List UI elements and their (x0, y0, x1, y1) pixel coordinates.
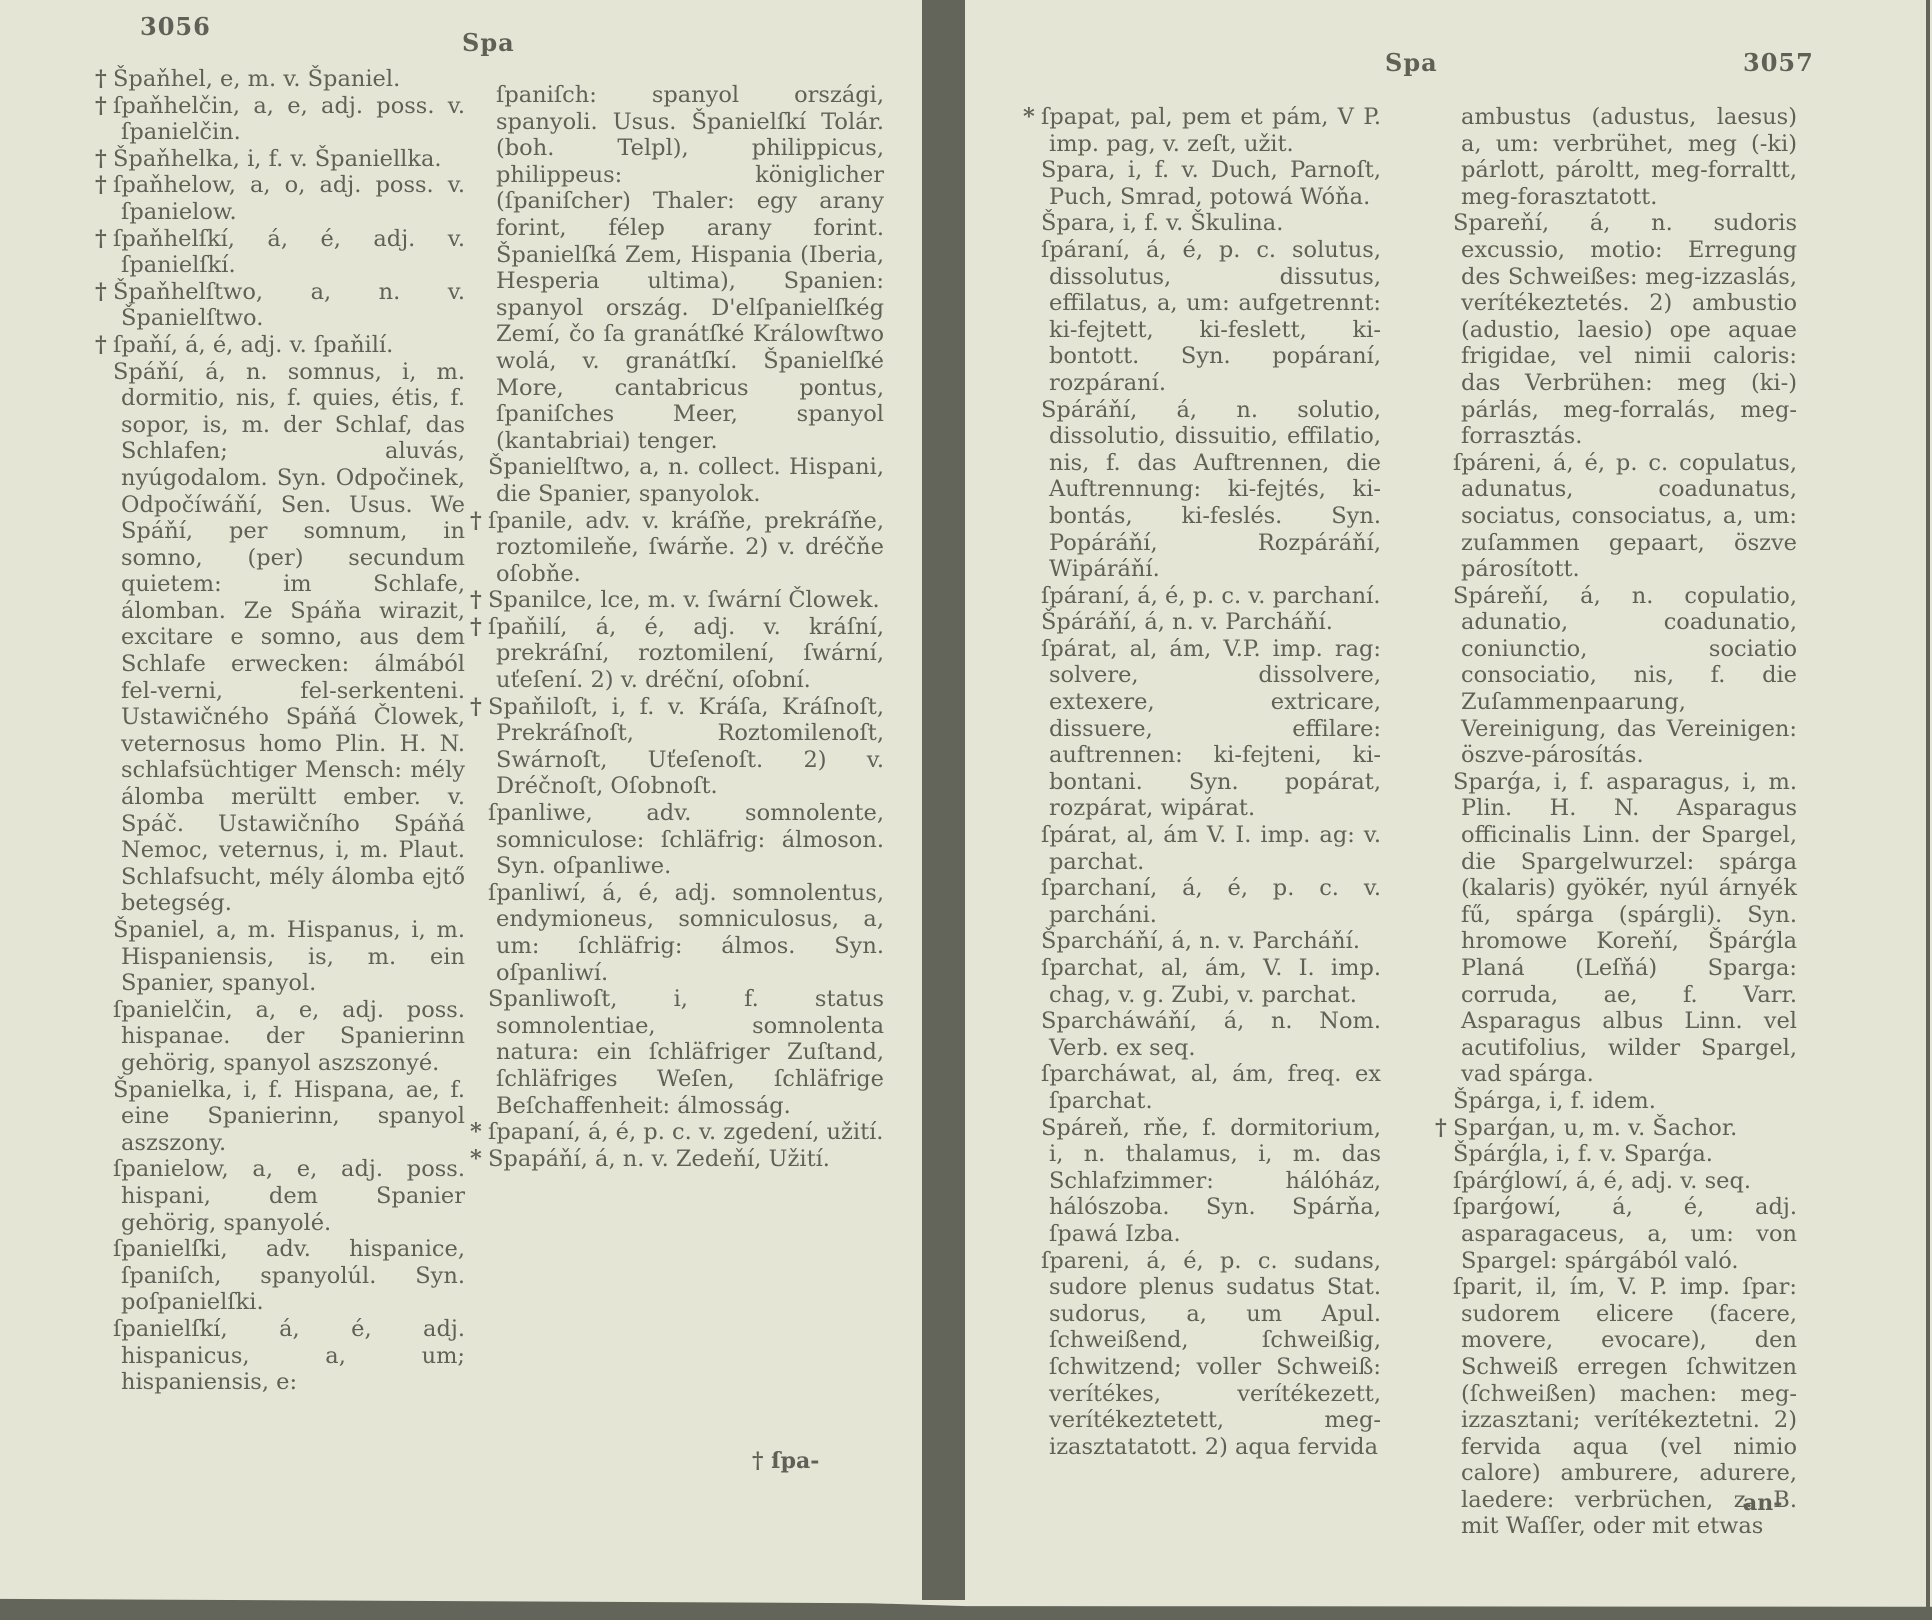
scanned-dictionary-spread: 3056 Spa †Špaňhel, e, m. v. Španiel.†ſpa… (0, 0, 1932, 1620)
entry-text: Sparǵan, u, m. v. Šachor. (1453, 1115, 1737, 1141)
entry-text: ſparchaní, á, é, p. c. v. parcháni. (1041, 875, 1381, 928)
running-head-right: Spa (1385, 48, 1438, 77)
entry-text: Spareňí, á, n. sudoris excussio, motio: … (1453, 210, 1797, 449)
dictionary-entry: †ſpaňhelow, a, o, adj. poss. v. ſpanielo… (95, 172, 465, 225)
entry-text: ſpaniſch: spanyol országi, spanyoli. Usu… (496, 82, 884, 454)
dagger-mark-icon: † (95, 172, 113, 199)
dictionary-entry: Spareňí, á, n. sudoris excussio, motio: … (1435, 210, 1797, 449)
dagger-mark-icon: † (95, 279, 113, 306)
dictionary-entry: ſpareni, á, é, p. c. sudans, sudore plen… (1023, 1248, 1381, 1461)
entry-text: ſpárat, al, ám, V.P. imp. rag: solvere, … (1041, 636, 1381, 822)
asterisk-mark-icon: * (470, 1146, 488, 1173)
entry-text: ſparǵowí, á, é, adj. asparagaceus, a, um… (1453, 1194, 1797, 1273)
dictionary-entry: †Špaňhelka, i, f. v. Španiellka. (95, 146, 465, 173)
page-number-right: 3057 (1743, 48, 1814, 77)
entry-text: ſparchat, al, ám, V. I. imp. chag, v. g.… (1041, 955, 1381, 1008)
dictionary-entry: ſpáreni, á, é, p. c. copulatus, adunatus… (1435, 450, 1797, 583)
entry-text: Španielſtwo, a, n. collect. Hispani, die… (488, 454, 884, 507)
dagger-mark-icon: † (95, 66, 113, 93)
dictionary-entry: ſpanliwe, adv. somnolente, somniculose: … (470, 800, 884, 880)
dictionary-entry: †Sparǵan, u, m. v. Šachor. (1435, 1115, 1797, 1142)
right-page-column-1: *ſpapat, pal, pem et pám, V P. imp. pag,… (1023, 104, 1381, 1460)
dagger-mark-icon: † (95, 93, 113, 120)
dictionary-entry: Spáňí, á, n. somnus, i, m. dormitio, nis… (95, 359, 465, 917)
dictionary-entry: ſpáraní, á, é, p. c. v. parchaní. (1023, 583, 1381, 610)
dictionary-entry: ſpanielſkí, á, é, adj. hispanicus, a, um… (95, 1316, 465, 1396)
dictionary-entry: †ſpaňhelčin, a, e, adj. poss. v. ſpaniel… (95, 93, 465, 146)
dictionary-entry: †Špaňhel, e, m. v. Španiel. (95, 66, 465, 93)
dictionary-entry: †ſpanile, adv. v. kráſňe, prekráſňe, roz… (470, 508, 884, 588)
entry-text: Šparcháňí, á, n. v. Parcháňí. (1041, 928, 1360, 954)
page-number-left: 3056 (140, 12, 211, 41)
entry-text: Špaňhel, e, m. v. Španiel. (113, 66, 400, 92)
right-page-column-2: ambustus (adustus, laesus) a, um: verbrü… (1435, 104, 1797, 1540)
entry-text: ſpáraní, á, é, p. c. solutus, dissolutus… (1041, 237, 1381, 396)
running-head-left: Spa (462, 28, 515, 57)
dictionary-entry: Spara, i, f. v. Duch, Parnoſt, Puch, Smr… (1023, 157, 1381, 210)
dictionary-entry: †Špaňhelſtwo, a, n. v. Španielſtwo. (95, 279, 465, 332)
dictionary-entry: ambustus (adustus, laesus) a, um: verbrü… (1435, 104, 1797, 210)
entry-text: Špaňhelka, i, f. v. Španiellka. (113, 146, 442, 172)
dictionary-entry: Špara, i, f. v. Škulina. (1023, 210, 1381, 237)
dictionary-entry: ſpaniſch: spanyol országi, spanyoli. Usu… (470, 82, 884, 454)
right-page: Spa 3057 *ſpapat, pal, pem et pám, V P. … (965, 0, 1928, 1600)
entry-text: Spanliwoſt, i, f. status somnolentiae, s… (488, 986, 884, 1118)
entry-text: Špáráňí, á, n. v. Parcháňí. (1041, 609, 1333, 635)
entry-text: Spanilce, lce, m. v. ſwární Člowek. (488, 587, 880, 613)
dagger-mark-icon: † (470, 614, 488, 641)
dictionary-entry: Spáreň, rňe, f. dormitorium, i, n. thala… (1023, 1115, 1381, 1248)
entry-text: ſpanielſki, adv. hispanice, ſpaniſch, sp… (113, 1236, 465, 1315)
dictionary-entry: Spanliwoſt, i, f. status somnolentiae, s… (470, 986, 884, 1119)
dictionary-entry: Špárǵla, i, f. v. Sparǵa. (1435, 1141, 1797, 1168)
dagger-mark-icon: † (95, 332, 113, 359)
book-gutter-shadow (922, 0, 970, 1600)
dictionary-entry: Španiel, a, m. Hispanus, i, m. Hispanien… (95, 917, 465, 997)
entry-text: ſpaňhelſkí, á, é, adj. v. ſpanielſkí. (113, 226, 465, 279)
dictionary-entry: Špáráňí, á, n. v. Parcháňí. (1023, 609, 1381, 636)
entry-text: ſpareni, á, é, p. c. sudans, sudore plen… (1041, 1248, 1381, 1460)
dictionary-entry: ſparǵowí, á, é, adj. asparagaceus, a, um… (1435, 1194, 1797, 1274)
entry-text: ſpaňhelčin, a, e, adj. poss. v. ſpanielč… (113, 93, 465, 146)
dictionary-entry: ſpanielow, a, e, adj. poss. hispani, dem… (95, 1156, 465, 1236)
entry-text: ſpáreni, á, é, p. c. copulatus, adunatus… (1453, 450, 1797, 582)
entry-text: ſpaňilí, á, é, adj. v. kráſní, prekráſní… (488, 614, 884, 693)
dictionary-entry: †ſpaňilí, á, é, adj. v. kráſní, prekráſn… (470, 614, 884, 694)
dictionary-entry: ſparchaní, á, é, p. c. v. parcháni. (1023, 875, 1381, 928)
dictionary-entry: Sparcháwáňí, á, n. Nom. Verb. ex seq. (1023, 1008, 1381, 1061)
entry-text: ſpapaní, á, é, p. c. v. zgedení, užití. (488, 1119, 883, 1145)
dictionary-entry: ſpanielčin, a, e, adj. poss. hispanae. d… (95, 997, 465, 1077)
dictionary-entry: †ſpaňí, á, é, adj. v. ſpaňilí. (95, 332, 465, 359)
catchword-right: an- (1743, 1490, 1782, 1516)
entry-text: Spapáňí, á, n. v. Zedeňí, Užití. (488, 1146, 830, 1172)
entry-text: Spáreňí, á, n. copulatio, adunatio, coad… (1453, 583, 1797, 769)
dictionary-entry: ſparcháwat, al, ám, freq. ex ſparchat. (1023, 1061, 1381, 1114)
entry-text: ſpanielſkí, á, é, adj. hispanicus, a, um… (113, 1316, 465, 1395)
dictionary-entry: *ſpapaní, á, é, p. c. v. zgedení, užití. (470, 1119, 884, 1146)
dictionary-entry: ſparchat, al, ám, V. I. imp. chag, v. g.… (1023, 955, 1381, 1008)
entry-text: Sparǵa, i, f. asparagus, i, m. Plin. H. … (1453, 769, 1797, 1088)
dictionary-entry: ſpárat, al, ám, V.P. imp. rag: solvere, … (1023, 636, 1381, 822)
entry-text: ambustus (adustus, laesus) a, um: verbrü… (1461, 104, 1797, 210)
entry-text: Špara, i, f. v. Škulina. (1041, 210, 1283, 236)
entry-text: Sparcháwáňí, á, n. Nom. Verb. ex seq. (1041, 1008, 1381, 1061)
entry-text: ſpárat, al, ám V. I. imp. ag: v. parchat… (1041, 822, 1381, 875)
dagger-mark-icon: † (95, 146, 113, 173)
dictionary-entry: Šparcháňí, á, n. v. Parcháňí. (1023, 928, 1381, 955)
left-page-column-1: †Špaňhel, e, m. v. Španiel.†ſpaňhelčin, … (95, 66, 465, 1396)
dictionary-entry: ſpárǵlowí, á, é, adj. v. seq. (1435, 1168, 1797, 1195)
entry-text: Španiel, a, m. Hispanus, i, m. Hispanien… (113, 917, 465, 996)
dictionary-entry: †Spaňiloſt, i, f. v. Kráſa, Kráſnoſt, Pr… (470, 694, 884, 800)
dictionary-entry: Špárga, i, f. idem. (1435, 1088, 1797, 1115)
entry-text: Špárga, i, f. idem. (1453, 1088, 1656, 1114)
catchword-left: † ſpa- (752, 1448, 819, 1474)
dictionary-entry: †ſpaňhelſkí, á, é, adj. v. ſpanielſkí. (95, 226, 465, 279)
dictionary-entry: Spáráňí, á, n. solutio, dissolutio, diss… (1023, 397, 1381, 583)
dictionary-entry: †Spanilce, lce, m. v. ſwární Člowek. (470, 587, 884, 614)
entry-text: Spara, i, f. v. Duch, Parnoſt, Puch, Smr… (1041, 157, 1381, 210)
entry-text: Spaňiloſt, i, f. v. Kráſa, Kráſnoſt, Pre… (488, 694, 884, 800)
entry-text: ſparcháwat, al, ám, freq. ex ſparchat. (1041, 1061, 1381, 1114)
dictionary-entry: *Spapáňí, á, n. v. Zedeňí, Užití. (470, 1146, 884, 1173)
entry-text: ſpaňí, á, é, adj. v. ſpaňilí. (113, 332, 393, 358)
entry-text: ſpapat, pal, pem et pám, V P. imp. pag, … (1041, 104, 1381, 157)
scan-right-edge (1926, 0, 1930, 1620)
entry-text: Spáňí, á, n. somnus, i, m. dormitio, nis… (113, 359, 465, 917)
entry-text: Spáráňí, á, n. solutio, dissolutio, diss… (1041, 397, 1381, 583)
dictionary-entry: ſpanliwí, á, é, adj. somnolentus, endymi… (470, 880, 884, 986)
entry-text: ſpáraní, á, é, p. c. v. parchaní. (1041, 583, 1381, 609)
asterisk-mark-icon: * (1023, 104, 1041, 131)
dictionary-entry: ſpárat, al, ám V. I. imp. ag: v. parchat… (1023, 822, 1381, 875)
entry-text: Špaňhelſtwo, a, n. v. Španielſtwo. (113, 279, 465, 332)
entry-text: Spáreň, rňe, f. dormitorium, i, n. thala… (1041, 1115, 1381, 1247)
left-page: 3056 Spa †Špaňhel, e, m. v. Španiel.†ſpa… (0, 0, 925, 1600)
entry-text: ſpanielow, a, e, adj. poss. hispani, dem… (113, 1156, 465, 1235)
dictionary-entry: *ſpapat, pal, pem et pám, V P. imp. pag,… (1023, 104, 1381, 157)
dictionary-entry: Španielka, i, f. Hispana, ae, f. eine Sp… (95, 1077, 465, 1157)
entry-text: ſpanliwe, adv. somnolente, somniculose: … (488, 800, 884, 879)
dictionary-entry: Sparǵa, i, f. asparagus, i, m. Plin. H. … (1435, 769, 1797, 1088)
dictionary-entry: Španielſtwo, a, n. collect. Hispani, die… (470, 454, 884, 507)
entry-text: ſpanliwí, á, é, adj. somnolentus, endymi… (488, 880, 884, 986)
dictionary-entry: ſpanielſki, adv. hispanice, ſpaniſch, sp… (95, 1236, 465, 1316)
asterisk-mark-icon: * (470, 1119, 488, 1146)
entry-text: ſpaňhelow, a, o, adj. poss. v. ſpanielow… (113, 172, 465, 225)
entry-text: ſpanile, adv. v. kráſňe, prekráſňe, rozt… (488, 508, 884, 587)
dagger-mark-icon: † (470, 694, 488, 721)
dagger-mark-icon: † (470, 587, 488, 614)
dictionary-entry: Spáreňí, á, n. copulatio, adunatio, coad… (1435, 583, 1797, 769)
left-page-column-2: ſpaniſch: spanyol országi, spanyoli. Usu… (470, 82, 884, 1172)
dictionary-entry: ſpáraní, á, é, p. c. solutus, dissolutus… (1023, 237, 1381, 397)
entry-text: Španielka, i, f. Hispana, ae, f. eine Sp… (113, 1077, 465, 1156)
dagger-mark-icon: † (95, 226, 113, 253)
dagger-mark-icon: † (470, 508, 488, 535)
dagger-mark-icon: † (1435, 1115, 1453, 1142)
entry-text: ſpanielčin, a, e, adj. poss. hispanae. d… (113, 997, 465, 1076)
entry-text: ſpárǵlowí, á, é, adj. v. seq. (1453, 1168, 1751, 1194)
entry-text: Špárǵla, i, f. v. Sparǵa. (1453, 1141, 1713, 1167)
